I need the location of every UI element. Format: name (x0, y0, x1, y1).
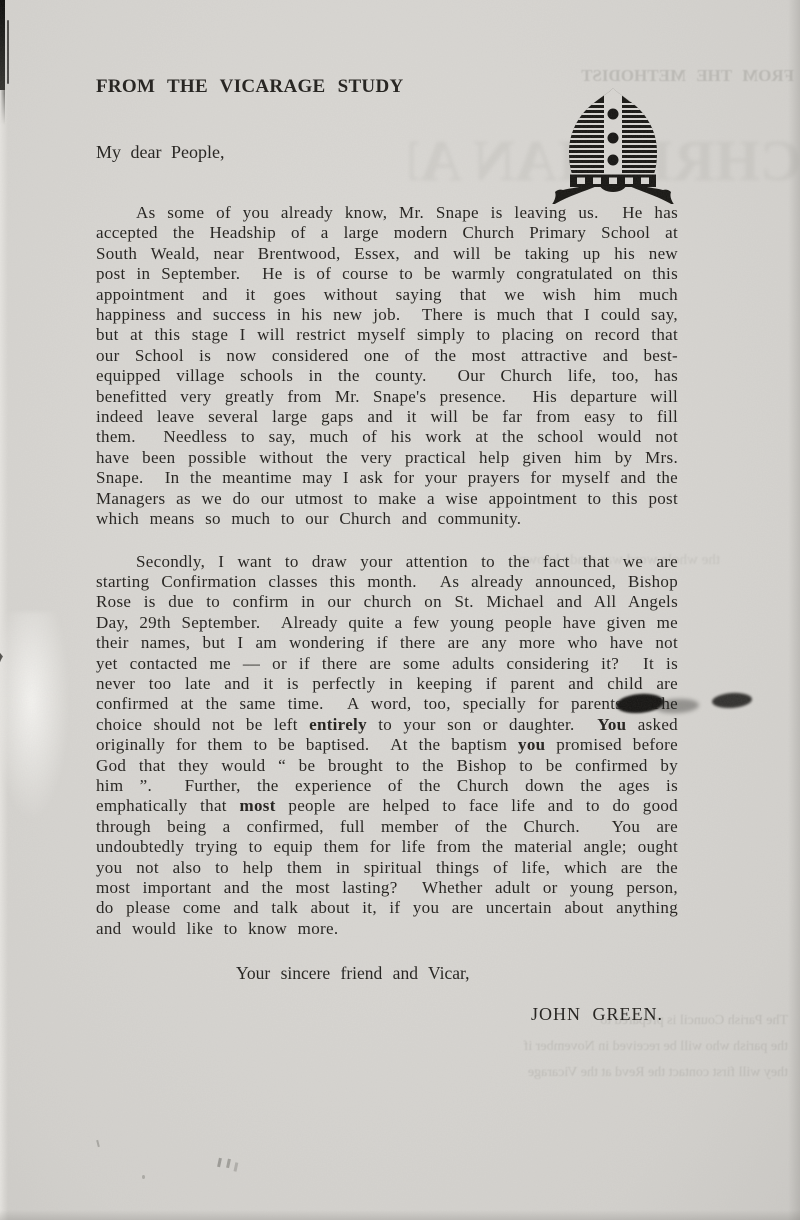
bishop-mitre-icon (543, 84, 683, 204)
paragraph-confirmation-classes: Secondly, I want to draw your attention … (96, 552, 678, 940)
stray-mark (142, 1175, 145, 1179)
closing-line: Your sincere friend and Vicar, (236, 963, 678, 984)
signature-name: JOHN GREEN. (96, 1004, 663, 1025)
spine-mark (7, 20, 9, 84)
letter-body: FROM THE VICARAGE STUDY My dear People, … (96, 76, 678, 1025)
stray-mark (217, 1158, 222, 1167)
scanned-magazine-page: FROM THE METHODIST CHRISTIAN AID the who… (0, 0, 800, 1220)
paragraph-snape-leaving: As some of you already know, Mr. Snape i… (96, 203, 678, 530)
stray-mark (96, 1140, 100, 1147)
page-edge-shade-right (788, 0, 800, 1220)
page-edge-shade-bottom (0, 1210, 800, 1220)
left-margin-smudge (0, 612, 70, 822)
ink-blot (712, 692, 753, 710)
